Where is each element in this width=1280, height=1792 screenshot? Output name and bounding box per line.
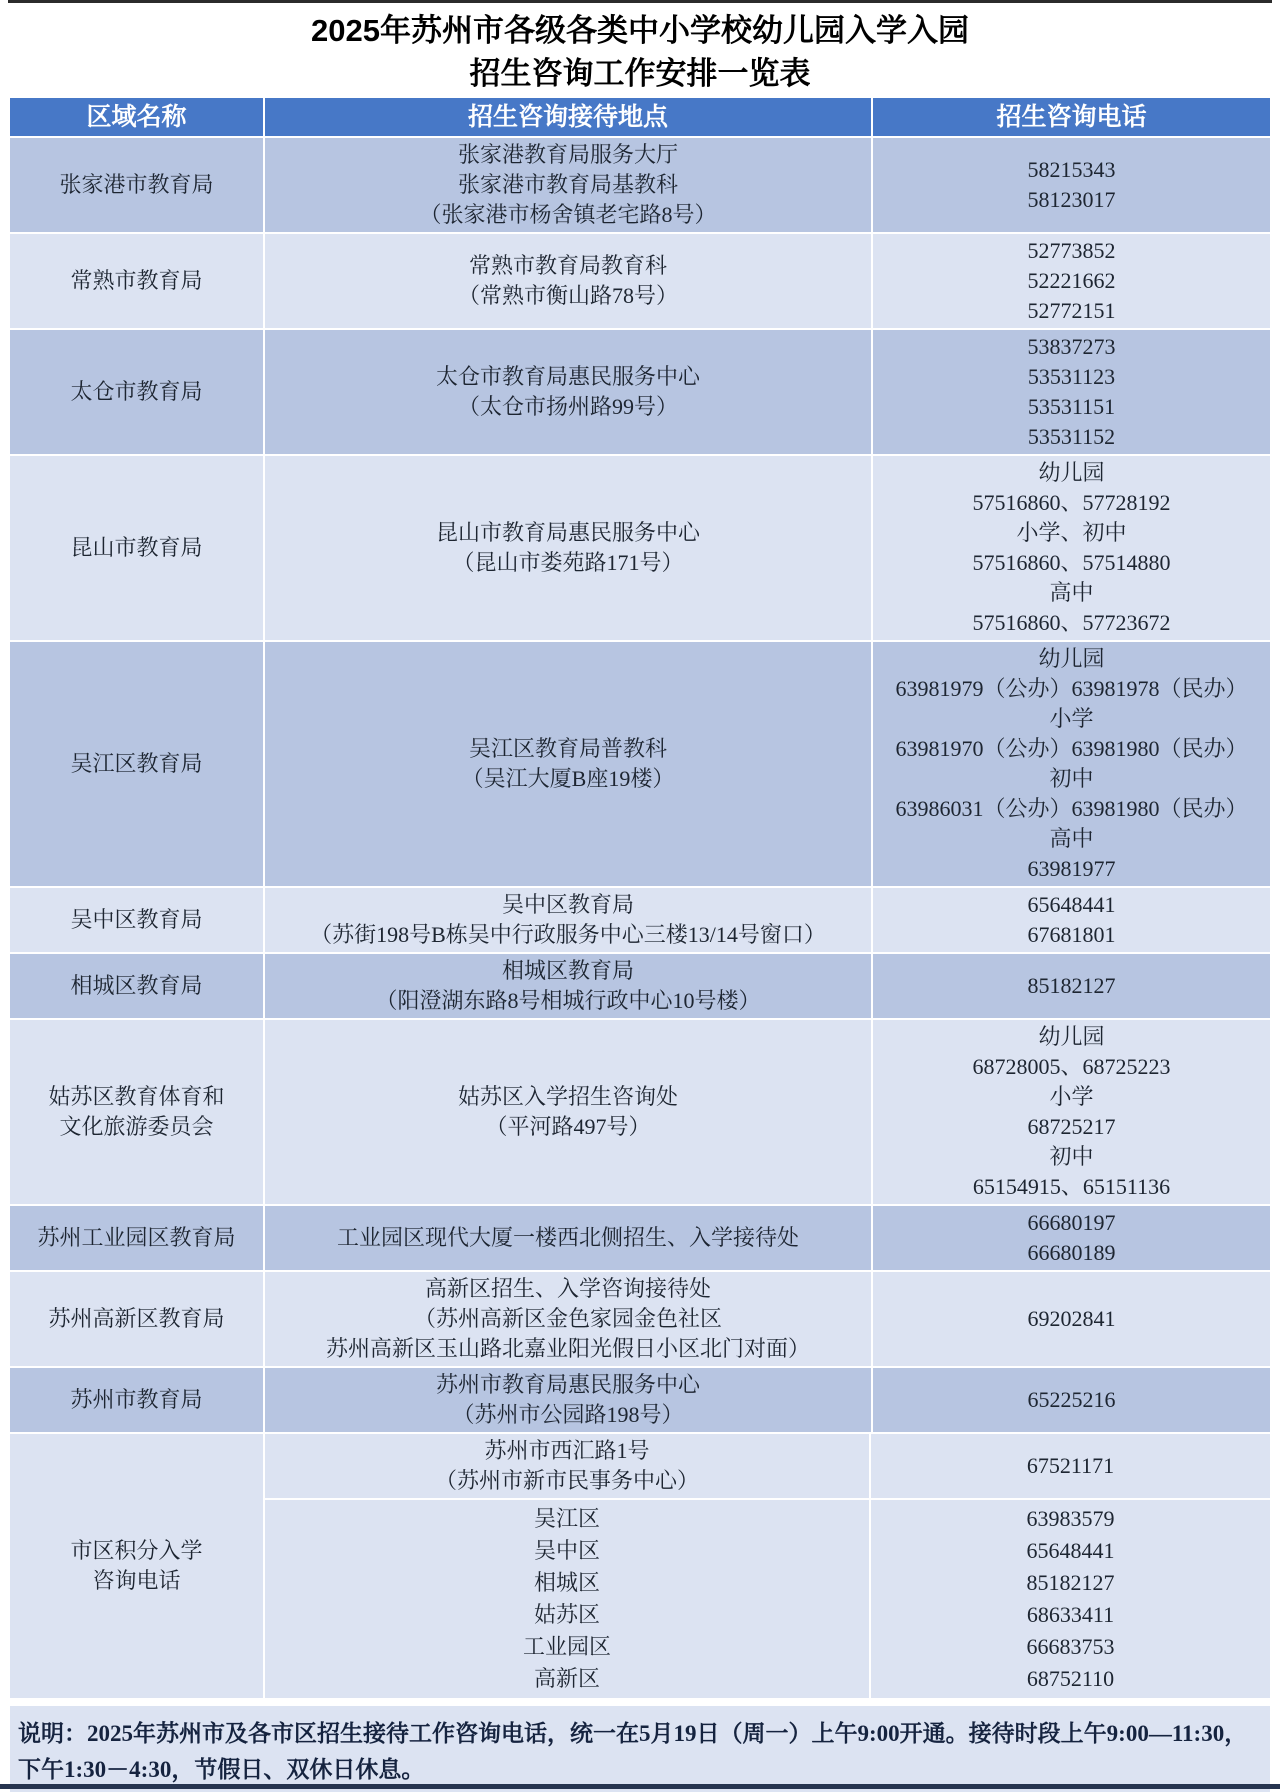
district-phone-cell-line: 85182127: [875, 1567, 1266, 1599]
region-cell: 苏州高新区教育局: [10, 1272, 263, 1366]
enrollment-table: 区域名称 招生咨询接待地点 招生咨询电话 张家港市教育局张家港教育局服务大厅张家…: [10, 98, 1270, 1698]
table-row: 常熟市教育局常熟市教育局教育科（常熟市衡山路78号）52773852522216…: [10, 234, 1270, 328]
location-cell-line: 相城区教育局: [269, 956, 867, 986]
location-cell-line: （吴江大厦B座19楼）: [269, 764, 867, 794]
location-cell-line: （平河路497号）: [269, 1112, 867, 1142]
merged-row: 市区积分入学咨询电话苏州市西汇路1号（苏州市新市民事务中心）67521171吴江…: [10, 1434, 1270, 1698]
phone-cell-line: 小学: [877, 704, 1266, 734]
phone-cell-line: 小学、初中: [877, 518, 1266, 548]
location-cell-line: （苏街198号B栋吴中行政服务中心三楼13/14号窗口）: [269, 920, 867, 950]
phone-cell-line: 高中: [877, 578, 1266, 608]
table-row: 苏州市教育局苏州市教育局惠民服务中心（苏州市公园路198号）65225216: [10, 1368, 1270, 1432]
district-name-cell-line: 吴中区: [269, 1535, 865, 1567]
table-row: 吴中区教育局吴中区教育局（苏街198号B栋吴中行政服务中心三楼13/14号窗口）…: [10, 888, 1270, 952]
phone-cell: 幼儿园57516860、57728192小学、初中57516860、575148…: [873, 456, 1270, 640]
bottom-border-line: [0, 1784, 1280, 1789]
phone-cell-line: 58123017: [877, 185, 1266, 215]
location-cell-line: （苏州市公园路198号）: [269, 1400, 867, 1430]
region-cell-line: 张家港市教育局: [14, 170, 259, 200]
phone-cell-line: 65154915、65151136: [877, 1172, 1266, 1202]
phone-cell-line: 52221662: [877, 266, 1266, 296]
region-cell-line: 咨询电话: [14, 1566, 259, 1596]
region-cell: 张家港市教育局: [10, 138, 263, 232]
phone-cell-line: 67681801: [877, 920, 1266, 950]
phone-cell-line: 52772151: [877, 296, 1266, 326]
location-cell: 高新区招生、入学咨询接待处（苏州高新区金色家园金色社区苏州高新区玉山路北嘉业阳光…: [265, 1272, 871, 1366]
location-cell-line: （阳澄湖东路8号相城行政中心10号楼）: [269, 986, 867, 1016]
location-cell: 张家港教育局服务大厅张家港市教育局基教科（张家港市杨舍镇老宅路8号）: [265, 138, 871, 232]
region-cell-line: 姑苏区教育体育和: [14, 1082, 259, 1112]
region-cell: 常熟市教育局: [10, 234, 263, 328]
phone-cell-line: 65648441: [877, 890, 1266, 920]
table-row: 张家港市教育局张家港教育局服务大厅张家港市教育局基教科（张家港市杨舍镇老宅路8号…: [10, 138, 1270, 232]
phone-cell-line: 58215343: [877, 155, 1266, 185]
district-phone-cell-line: 68752110: [875, 1663, 1266, 1695]
phone-cell-line: 68728005、68725223: [877, 1052, 1266, 1082]
location-cell-line: （张家港市杨舍镇老宅路8号）: [269, 200, 867, 230]
district-phone-cell: 6398357965648441851821276863341166683753…: [871, 1500, 1270, 1698]
page-title: 2025年苏州市各级各类中小学校幼儿园入学入园 招生咨询工作安排一览表: [0, 3, 1280, 98]
region-cell-line: 苏州高新区教育局: [14, 1304, 259, 1334]
phone-cell-line: 63981977: [877, 854, 1266, 884]
phone-cell-line: 63986031（公办）63981980（民办）: [877, 794, 1266, 824]
location-cell: 工业园区现代大厦一楼西北侧招生、入学接待处: [265, 1206, 871, 1270]
region-cell: 苏州工业园区教育局: [10, 1206, 263, 1270]
table-row: 苏州工业园区教育局工业园区现代大厦一楼西北侧招生、入学接待处6668019766…: [10, 1206, 1270, 1270]
phone-cell-line: 57516860、57723672: [877, 608, 1266, 638]
region-cell-line: 太仓市教育局: [14, 377, 259, 407]
district-phone-cell-line: 65648441: [875, 1535, 1266, 1567]
phone-cell: 幼儿园68728005、68725223小学68725217初中65154915…: [873, 1020, 1270, 1204]
table-row: 吴江区教育局吴江区教育局普教科（吴江大厦B座19楼）幼儿园63981979（公办…: [10, 642, 1270, 886]
region-cell: 姑苏区教育体育和文化旅游委员会: [10, 1020, 263, 1204]
table-row: 太仓市教育局太仓市教育局惠民服务中心（太仓市扬州路99号）53837273535…: [10, 330, 1270, 454]
merged-row-right: 苏州市西汇路1号（苏州市新市民事务中心）67521171吴江区吴中区相城区姑苏区…: [265, 1434, 1270, 1698]
merged-subrow-districts: 吴江区吴中区相城区姑苏区工业园区高新区639835796564844185182…: [265, 1500, 1270, 1698]
location-cell-line: （昆山市娄苑路171号）: [269, 548, 867, 578]
phone-cell-line: 53531151: [877, 392, 1266, 422]
page: 2025年苏州市各级各类中小学校幼儿园入学入园 招生咨询工作安排一览表 区域名称…: [0, 0, 1280, 1792]
phone-cell-line: 57516860、57514880: [877, 548, 1266, 578]
phone-cell-line: 幼儿园: [877, 644, 1266, 674]
phone-cell-line: 初中: [877, 764, 1266, 794]
phone-cell-line: 67521171: [875, 1451, 1266, 1481]
phone-cell: 幼儿园63981979（公办）63981978（民办）小学63981970（公办…: [873, 642, 1270, 886]
table-row: 姑苏区教育体育和文化旅游委员会姑苏区入学招生咨询处（平河路497号）幼儿园687…: [10, 1020, 1270, 1204]
location-cell-line: 苏州市教育局惠民服务中心: [269, 1370, 867, 1400]
location-cell: 吴中区教育局（苏街198号B栋吴中行政服务中心三楼13/14号窗口）: [265, 888, 871, 952]
location-cell-line: （苏州高新区金色家园金色社区: [269, 1304, 867, 1334]
region-cell-line: 常熟市教育局: [14, 266, 259, 296]
region-cell: 吴中区教育局: [10, 888, 263, 952]
district-name-cell: 吴江区吴中区相城区姑苏区工业园区高新区: [265, 1500, 869, 1698]
title-line-1: 2025年苏州市各级各类中小学校幼儿园入学入园: [0, 9, 1280, 52]
region-cell: 相城区教育局: [10, 954, 263, 1018]
location-cell-line: 常熟市教育局教育科: [269, 251, 867, 281]
location-cell: 太仓市教育局惠民服务中心（太仓市扬州路99号）: [265, 330, 871, 454]
phone-cell: 65225216: [873, 1368, 1270, 1432]
header-location: 招生咨询接待地点: [265, 98, 871, 136]
location-cell-line: （苏州市新市民事务中心）: [269, 1466, 865, 1496]
location-cell-line: （太仓市扬州路99号）: [269, 392, 867, 422]
table-header-row: 区域名称 招生咨询接待地点 招生咨询电话: [10, 98, 1270, 136]
phone-cell-line: 53531123: [877, 362, 1266, 392]
phone-cell: 85182127: [873, 954, 1270, 1018]
phone-cell: 67521171: [871, 1434, 1270, 1498]
location-cell-line: 张家港教育局服务大厅: [269, 140, 867, 170]
phone-cell-line: 69202841: [877, 1304, 1266, 1334]
phone-cell-line: 高中: [877, 824, 1266, 854]
region-cell: 太仓市教育局: [10, 330, 263, 454]
district-name-cell-line: 相城区: [269, 1567, 865, 1599]
table-body: 张家港市教育局张家港教育局服务大厅张家港市教育局基教科（张家港市杨舍镇老宅路8号…: [10, 138, 1270, 1698]
location-cell: 相城区教育局（阳澄湖东路8号相城行政中心10号楼）: [265, 954, 871, 1018]
location-cell: 苏州市西汇路1号（苏州市新市民事务中心）: [265, 1434, 869, 1498]
district-name-cell-line: 姑苏区: [269, 1599, 865, 1631]
phone-cell-line: 85182127: [877, 971, 1266, 1001]
phone-cell-line: 65225216: [877, 1385, 1266, 1415]
region-cell-line: 市区积分入学: [14, 1536, 259, 1566]
note-text: 说明：2025年苏州市及各市区招生接待工作咨询电话，统一在5月19日（周一）上午…: [10, 1706, 1270, 1792]
location-cell-line: 工业园区现代大厦一楼西北侧招生、入学接待处: [269, 1223, 867, 1253]
header-region: 区域名称: [10, 98, 263, 136]
district-name-cell-line: 高新区: [269, 1663, 865, 1695]
phone-cell: 53837273535311235353115153531152: [873, 330, 1270, 454]
region-cell-line: 吴中区教育局: [14, 905, 259, 935]
region-cell: 吴江区教育局: [10, 642, 263, 886]
location-cell: 吴江区教育局普教科（吴江大厦B座19楼）: [265, 642, 871, 886]
phone-cell: 6564844167681801: [873, 888, 1270, 952]
district-name-cell-line: 工业园区: [269, 1631, 865, 1663]
phone-cell-line: 53531152: [877, 422, 1266, 452]
district-phone-cell-line: 68633411: [875, 1599, 1266, 1631]
location-cell: 姑苏区入学招生咨询处（平河路497号）: [265, 1020, 871, 1204]
location-cell-line: 太仓市教育局惠民服务中心: [269, 362, 867, 392]
phone-cell-line: 52773852: [877, 236, 1266, 266]
location-cell-line: 苏州市西汇路1号: [269, 1436, 865, 1466]
phone-cell-line: 幼儿园: [877, 1022, 1266, 1052]
location-cell-line: 高新区招生、入学咨询接待处: [269, 1274, 867, 1304]
region-cell-line: 相城区教育局: [14, 971, 259, 1001]
region-cell: 市区积分入学咨询电话: [10, 1434, 263, 1698]
location-cell: 苏州市教育局惠民服务中心（苏州市公园路198号）: [265, 1368, 871, 1432]
phone-cell-line: 小学: [877, 1082, 1266, 1112]
region-cell-line: 苏州工业园区教育局: [14, 1223, 259, 1253]
phone-cell-line: 初中: [877, 1142, 1266, 1172]
location-cell-line: 吴中区教育局: [269, 890, 867, 920]
region-cell-line: 吴江区教育局: [14, 749, 259, 779]
region-cell-line: 昆山市教育局: [14, 533, 259, 563]
location-cell: 常熟市教育局教育科（常熟市衡山路78号）: [265, 234, 871, 328]
phone-cell-line: 幼儿园: [877, 458, 1266, 488]
region-cell: 苏州市教育局: [10, 1368, 263, 1432]
phone-cell: 527738525222166252772151: [873, 234, 1270, 328]
phone-cell-line: 66680189: [877, 1238, 1266, 1268]
header-phone: 招生咨询电话: [873, 98, 1270, 136]
location-cell-line: 吴江区教育局普教科: [269, 734, 867, 764]
location-cell-line: 姑苏区入学招生咨询处: [269, 1082, 867, 1112]
phone-cell-line: 63981970（公办）63981980（民办）: [877, 734, 1266, 764]
phone-cell-line: 68725217: [877, 1112, 1266, 1142]
phone-cell: 5821534358123017: [873, 138, 1270, 232]
district-phone-cell-line: 63983579: [875, 1503, 1266, 1535]
table-row: 昆山市教育局昆山市教育局惠民服务中心（昆山市娄苑路171号）幼儿园5751686…: [10, 456, 1270, 640]
district-phone-cell-line: 66683753: [875, 1631, 1266, 1663]
phone-cell-line: 57516860、57728192: [877, 488, 1266, 518]
phone-cell-line: 66680197: [877, 1208, 1266, 1238]
location-cell-line: 张家港市教育局基教科: [269, 170, 867, 200]
title-line-2: 招生咨询工作安排一览表: [0, 52, 1280, 95]
table-row: 苏州高新区教育局高新区招生、入学咨询接待处（苏州高新区金色家园金色社区苏州高新区…: [10, 1272, 1270, 1366]
merged-subrow-main: 苏州市西汇路1号（苏州市新市民事务中心）67521171: [265, 1434, 1270, 1498]
phone-cell-line: 63981979（公办）63981978（民办）: [877, 674, 1266, 704]
phone-cell-line: 53837273: [877, 332, 1266, 362]
region-cell-line: 苏州市教育局: [14, 1385, 259, 1415]
table-row: 相城区教育局相城区教育局（阳澄湖东路8号相城行政中心10号楼）85182127: [10, 954, 1270, 1018]
district-name-cell-line: 吴江区: [269, 1503, 865, 1535]
location-cell: 昆山市教育局惠民服务中心（昆山市娄苑路171号）: [265, 456, 871, 640]
location-cell-line: （常熟市衡山路78号）: [269, 281, 867, 311]
region-cell: 昆山市教育局: [10, 456, 263, 640]
region-cell-line: 文化旅游委员会: [14, 1112, 259, 1142]
phone-cell: 6668019766680189: [873, 1206, 1270, 1270]
phone-cell: 69202841: [873, 1272, 1270, 1366]
location-cell-line: 昆山市教育局惠民服务中心: [269, 518, 867, 548]
location-cell-line: 苏州高新区玉山路北嘉业阳光假日小区北门对面）: [269, 1334, 867, 1364]
